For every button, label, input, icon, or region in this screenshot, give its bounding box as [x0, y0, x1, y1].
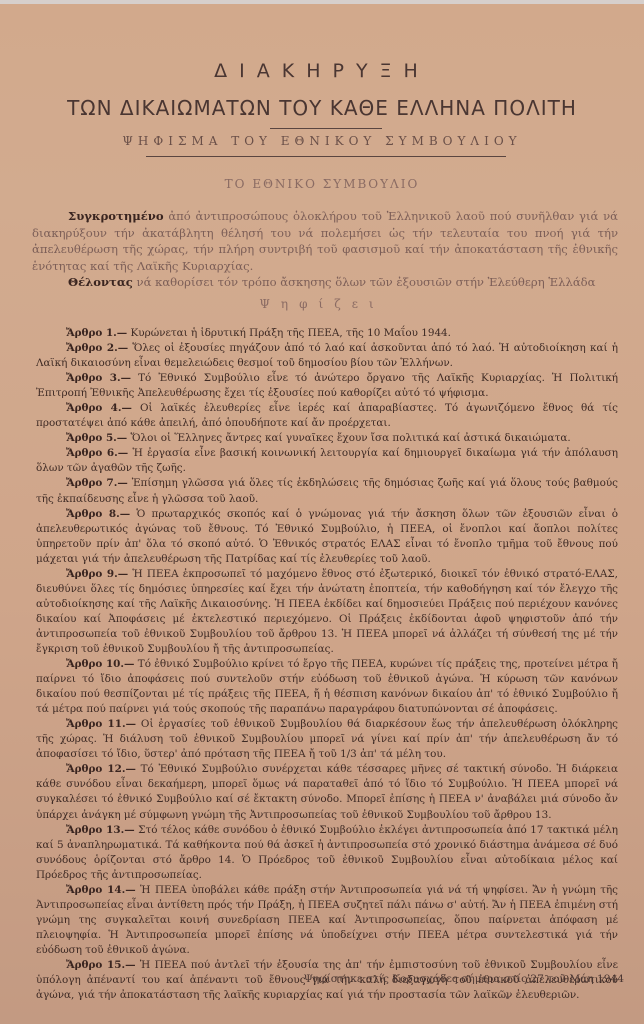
article-paragraph: Ἄρθρο 3.— Τό Ἐθνικό Συμβούλιο εἶνε τό ἀν… — [36, 371, 618, 401]
divider-rule — [270, 128, 382, 129]
article-paragraph: Ἄρθρο 12.— Τό Ἐθνικό Συμβούλιο συνέρχετα… — [36, 762, 618, 822]
article-label: Ἄρθρο 8.— — [66, 508, 130, 520]
article-label: Ἄρθρο 2.— — [66, 342, 128, 354]
article-paragraph: Ἄρθρο 4.— Οἱ λαϊκές ἐλευθερίες εἶνε ἱερέ… — [36, 401, 618, 431]
article-text: Κυρώνεται ἡ ἱδρυτική Πράξη τῆς ΠΕΕΑ, τῆς… — [131, 327, 451, 339]
article-paragraph: Ἄρθρο 5.— Ὅλοι οἱ Ἕλληνες ἄντρες καί γυν… — [36, 431, 618, 446]
article-label: Ἄρθρο 10.— — [66, 658, 134, 670]
article-label: Ἄρθρο 9.— — [66, 568, 128, 580]
article-paragraph: Ἄρθρο 7.— Ἐπίσημη γλῶσσα γιά ὅλες τίς ἐκ… — [36, 476, 618, 506]
article-label: Ἄρθρο 11.— — [66, 718, 136, 730]
article-label: Ἄρθρο 6.— — [66, 447, 128, 459]
preamble: Συγκροτημένο ἀπό ἀντιπροσώπους ὁλοκλήρου… — [32, 208, 618, 291]
council-heading: ΤΟ ΕΘΝΙΚΟ ΣΥΜΒΟΥΛΙΟ — [0, 177, 644, 191]
preamble-lead: Θέλοντας — [68, 275, 133, 289]
article-paragraph: Ἄρθρο 6.— Ἡ ἐργασία εἶνε βασική κοινωνικ… — [36, 446, 618, 476]
preamble-paragraph: Θέλοντας νά καθορίσει τόν τρόπο ἄσκησης … — [32, 274, 618, 291]
article-label: Ἄρθρο 15.— — [66, 959, 136, 971]
article-paragraph: Ἄρθρο 2.— Ὅλες οἱ ἐξουσίες πηγάζουν ἀπό … — [36, 341, 618, 371]
article-paragraph: Ἄρθρο 11.— Οἱ ἐργασίες τοῦ ἐθνικοῦ Συμβο… — [36, 717, 618, 762]
article-label: Ἄρθρο 3.— — [66, 372, 131, 384]
document-main-subtitle: ΤΩΝ ΔΙΚΑΙΩΜΑΤΩΝ ΤΟΥ ΚΑΘΕ ΕΛΛΗΝΑ ΠΟΛΙΤΗ — [0, 96, 644, 120]
article-label: Ἄρθρο 7.— — [66, 477, 128, 489]
preamble-lead: Συγκροτημένο — [68, 209, 164, 223]
article-label: Ἄρθρο 5.— — [66, 432, 127, 444]
document-page: ΔΙΑΚΗΡΥΞΗ ΤΩΝ ΔΙΚΑΙΩΜΑΤΩΝ ΤΟΥ ΚΑΘΕ ΕΛΛΗΝ… — [0, 0, 644, 1024]
article-label: Ἄρθρο 12.— — [66, 763, 136, 775]
articles-list: Ἄρθρο 1.— Κυρώνεται ἡ ἱδρυτική Πράξη τῆς… — [36, 326, 618, 1003]
article-paragraph: Ἄρθρο 10.— Τό ἐθνικό Συμβούλιο κρίνει τό… — [36, 657, 618, 717]
article-label: Ἄρθρο 1.— — [66, 327, 127, 339]
preamble-paragraph: Συγκροτημένο ἀπό ἀντιπροσώπους ὁλοκλήρου… — [32, 208, 618, 274]
article-paragraph: Ἄρθρο 13.— Στό τέλος κάθε συνόδου ὁ ἐθνι… — [36, 823, 618, 883]
article-label: Ἄρθρο 14.— — [66, 884, 136, 896]
signoff-line: Ψηφίστηκε στίς Κορυσχάδες σήμερα στίς 27… — [268, 973, 624, 985]
article-paragraph: Ἄρθρο 9.— Ἡ ΠΕΕΑ ἐκπροσωπεῖ τό μαχόμενο … — [36, 567, 618, 657]
decrees-heading: Ψηφίζει — [0, 297, 644, 311]
document-title: ΔΙΑΚΗΡΥΞΗ — [0, 60, 644, 82]
resolution-heading: ΨΗΦΙΣΜΑ ΤΟΥ ΕΘΝΙΚΟΥ ΣΥΜΒΟΥΛΙΟΥ — [0, 134, 644, 148]
article-text: Ὅλοι οἱ Ἕλληνες ἄντρες καί γυναῖκες ἔχου… — [131, 432, 571, 444]
article-text: Ἡ ΠΕΕΑ ἐκπροσωπεῖ τό μαχόμενο ἔθνος στό … — [36, 568, 618, 655]
preamble-text: νά καθορίσει τόν τρόπο ἄσκησης ὅλων τῶν … — [133, 275, 596, 289]
article-paragraph: Ἄρθρο 14.— Ἡ ΠΕΕΑ ὑποβάλει κάθε πράξη στ… — [36, 883, 618, 958]
ink-mark — [506, 996, 509, 999]
article-paragraph: Ἄρθρο 8.— Ὁ πρωταρχικός σκοπός καί ὁ γνώ… — [36, 507, 618, 567]
article-label: Ἄρθρο 4.— — [66, 402, 132, 414]
underline-rule — [146, 156, 506, 157]
article-paragraph: Ἄρθρο 1.— Κυρώνεται ἡ ἱδρυτική Πράξη τῆς… — [36, 326, 618, 341]
article-label: Ἄρθρο 13.— — [66, 824, 135, 836]
